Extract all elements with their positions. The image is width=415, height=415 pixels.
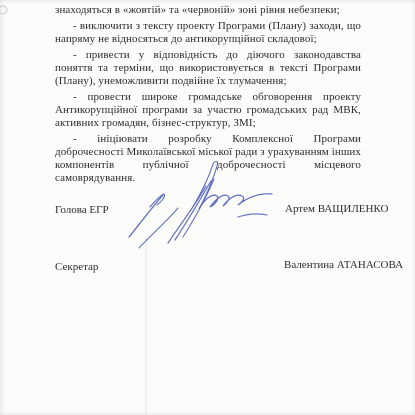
paragraph-bullet-4: - ініціювати розробку Комплексної Програ… [55, 133, 361, 185]
paragraph-bullet-2: - привести у відповідність до діючого за… [55, 49, 361, 88]
signatory-name-secretary: Валентина АТАНАСОВА [284, 259, 403, 272]
scan-smudge [0, 6, 7, 14]
paragraph-bullet-1: - виключити з тексту проекту Програми (П… [55, 20, 361, 46]
signatory-role-secretary: Секретар [55, 261, 98, 274]
paragraph-bullet-3: - провести широке громадське обговорення… [55, 91, 361, 130]
signatory-name-chairman: Артем ВАЩИЛЕНКО [285, 203, 388, 216]
document-page: знаходяться в «жовтій» та «червоній» зон… [0, 0, 415, 415]
paragraph-continuation: знаходяться в «жовтій» та «червоній» зон… [55, 4, 361, 17]
signatory-role-chairman: Голова ЕГР [55, 204, 109, 217]
document-body-text: знаходяться в «жовтій» та «червоній» зон… [55, 4, 361, 188]
